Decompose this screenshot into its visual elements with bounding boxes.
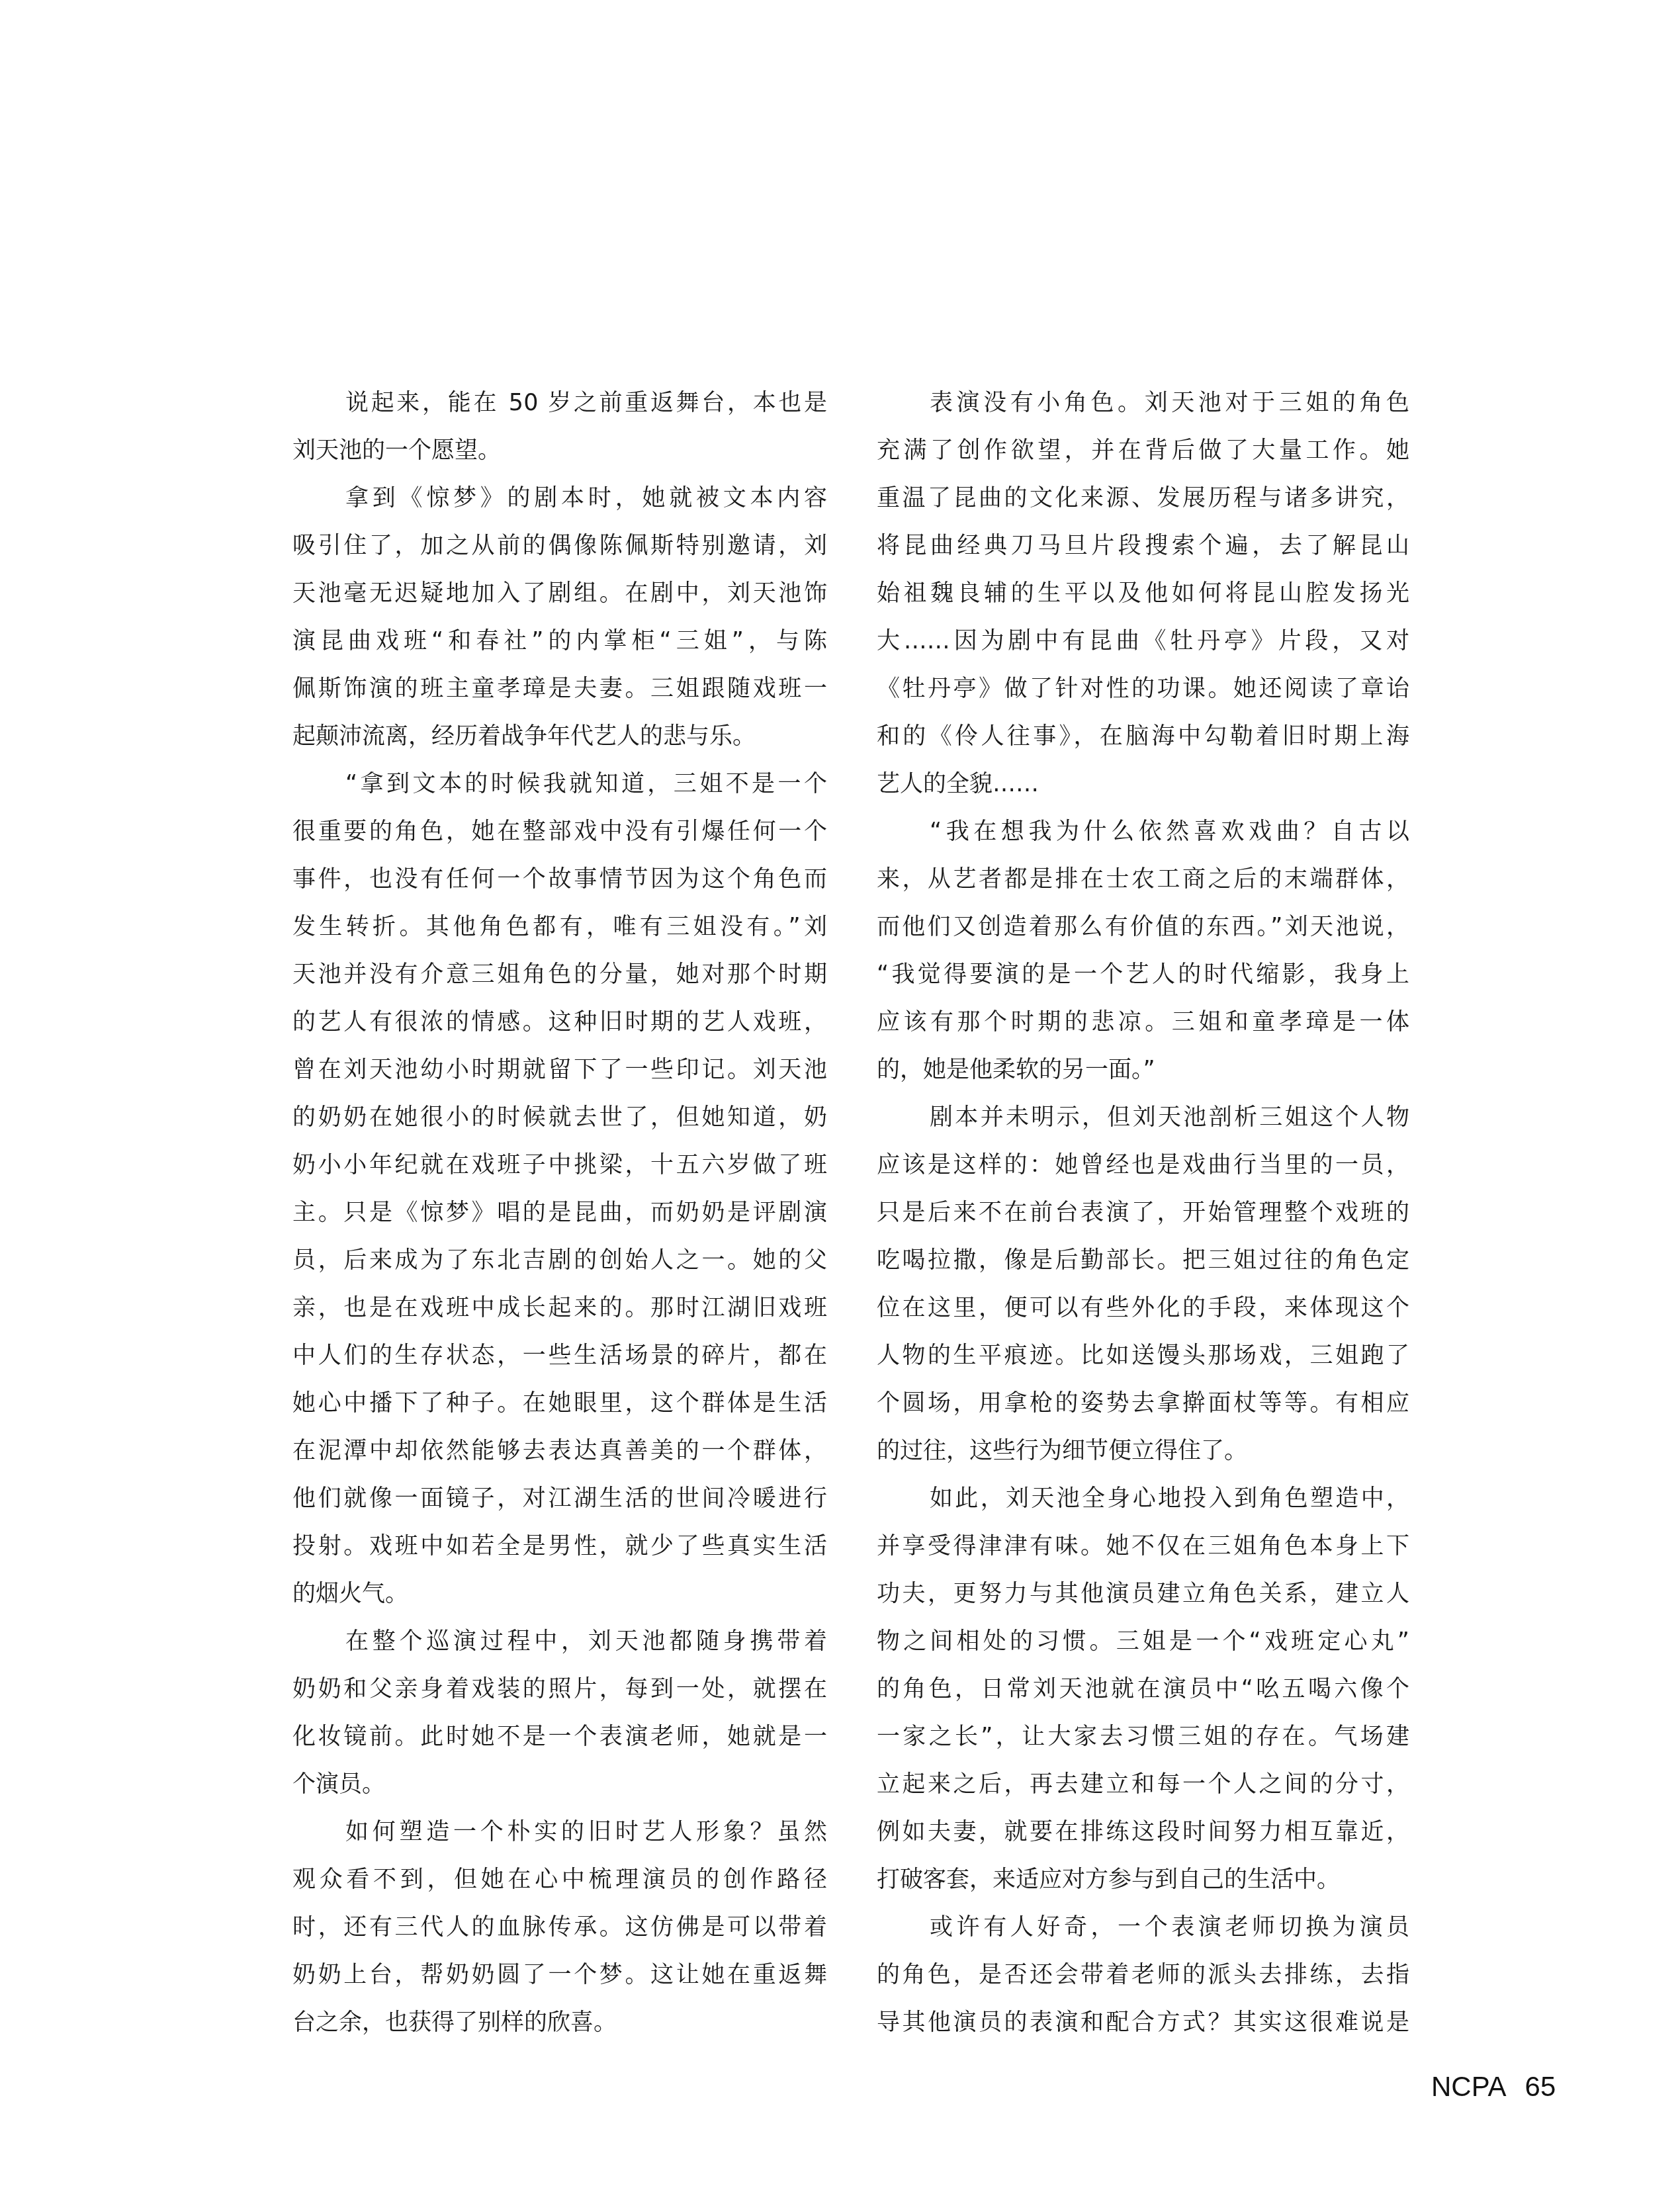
paragraph: “我在想我为什么依然喜欢戏曲？自古以 来，从艺者都是排在士农工商之后的末端群体，… <box>877 808 1409 1094</box>
text-line: 刘天池的一个愿望。 <box>292 427 827 474</box>
paragraph: 拿到《惊梦》的剧本时，她就被文本内容 吸引住了，加之从前的偶像陈佩斯特别邀请，刘… <box>292 474 827 760</box>
page-folio: NCPA 65 <box>1431 2073 1556 2101</box>
right-column: 表演没有小角色。刘天池对于三姐的角色 充满了创作欲望，并在背后做了大量工作。她 … <box>877 379 1409 2046</box>
text-line: 说起来，能在 50 岁之前重返舞台，本也是 <box>292 379 827 427</box>
text-line: 一家之长”，让大家去习惯三姐的存在。气场建 <box>877 1713 1409 1761</box>
text-line: 剧本并未明示，但刘天池剖析三姐这个人物 <box>877 1094 1409 1141</box>
text-line: 人物的生平痕迹。比如送馒头那场戏，三姐跑了 <box>877 1332 1409 1379</box>
text-line: 时，还有三代人的血脉传承。这仿佛是可以带着 <box>292 1904 827 1951</box>
text-line: 很重要的角色，她在整部戏中没有引爆任何一个 <box>292 808 827 855</box>
text-line: 他们就像一面镜子，对江湖生活的世间冷暖进行 <box>292 1475 827 1522</box>
text-line: 员，后来成为了东北吉剧的创始人之一。她的父 <box>292 1237 827 1284</box>
text-line: 的过往，这些行为细节便立得住了。 <box>877 1427 1409 1475</box>
text-line: “我觉得要演的是一个艺人的时代缩影，我身上 <box>877 951 1409 998</box>
text-line: 个演员。 <box>292 1761 827 1808</box>
text-line: 观众看不到，但她在心中梳理演员的创作路径 <box>292 1856 827 1904</box>
paragraph: 剧本并未明示，但刘天池剖析三姐这个人物 应该是这样的：她曾经也是戏曲行当里的一员… <box>877 1094 1409 1475</box>
text-line: 大……因为剧中有昆曲《牡丹亭》片段，又对 <box>877 617 1409 665</box>
text-line: 应该是这样的：她曾经也是戏曲行当里的一员， <box>877 1141 1409 1189</box>
text-line: 发生转折。其他角色都有，唯有三姐没有。”刘 <box>292 903 827 951</box>
text-line: 吃喝拉撒，像是后勤部长。把三姐过往的角色定 <box>877 1237 1409 1284</box>
text-line: 和的《伶人往事》，在脑海中勾勒着旧时期上海 <box>877 713 1409 760</box>
text-line: 奶奶上台，帮奶奶圆了一个梦。这让她在重返舞 <box>292 1951 827 1999</box>
text-line: 奶奶和父亲身着戏装的照片，每到一处，就摆在 <box>292 1665 827 1713</box>
text-line: “我在想我为什么依然喜欢戏曲？自古以 <box>877 808 1409 855</box>
paragraph: 如此，刘天池全身心地投入到角色塑造中， 并享受得津津有味。她不仅在三姐角色本身上… <box>877 1475 1409 1904</box>
text-line: 演昆曲戏班“和春社”的内掌柜“三姐”，与陈 <box>292 617 827 665</box>
text-line: 艺人的全貌…… <box>877 760 1409 808</box>
text-line: 的角色，日常刘天池就在演员中“吆五喝六像个 <box>877 1665 1409 1713</box>
text-line: 奶小小年纪就在戏班子中挑梁，十五六岁做了班 <box>292 1141 827 1189</box>
text-line: 而他们又创造着那么有价值的东西。”刘天池说， <box>877 903 1409 951</box>
text-line: 的烟火气。 <box>292 1570 827 1618</box>
paragraph: 说起来，能在 50 岁之前重返舞台，本也是 刘天池的一个愿望。 <box>292 379 827 474</box>
text-line: 功夫，更努力与其他演员建立角色关系，建立人 <box>877 1570 1409 1618</box>
text-line: “拿到文本的时候我就知道，三姐不是一个 <box>292 760 827 808</box>
paragraph: “拿到文本的时候我就知道，三姐不是一个 很重要的角色，她在整部戏中没有引爆任何一… <box>292 760 827 1618</box>
text-line: 重温了昆曲的文化来源、发展历程与诸多讲究， <box>877 474 1409 522</box>
text-line: 应该有那个时期的悲凉。三姐和童孝璋是一体 <box>877 998 1409 1046</box>
text-line: 主。只是《惊梦》唱的是昆曲，而奶奶是评剧演 <box>292 1189 827 1237</box>
page-number: 65 <box>1525 2073 1556 2101</box>
text-line: 或许有人好奇，一个表演老师切换为演员 <box>877 1904 1409 1951</box>
text-line: 将昆曲经典刀马旦片段搜索个遍，去了解昆山 <box>877 522 1409 570</box>
text-line: 曾在刘天池幼小时期就留下了一些印记。刘天池 <box>292 1046 827 1094</box>
text-line: 如何塑造一个朴实的旧时艺人形象？虽然 <box>292 1808 827 1856</box>
paragraph: 在整个巡演过程中，刘天池都随身携带着 奶奶和父亲身着戏装的照片，每到一处，就摆在… <box>292 1618 827 1808</box>
text-line: 只是后来不在前台表演了，开始管理整个戏班的 <box>877 1189 1409 1237</box>
text-line: 如此，刘天池全身心地投入到角色塑造中， <box>877 1475 1409 1522</box>
paragraph: 表演没有小角色。刘天池对于三姐的角色 充满了创作欲望，并在背后做了大量工作。她 … <box>877 379 1409 808</box>
text-line: 位在这里，便可以有些外化的手段，来体现这个 <box>877 1284 1409 1332</box>
text-line: 拿到《惊梦》的剧本时，她就被文本内容 <box>292 474 827 522</box>
text-line: 《牡丹亭》做了针对性的功课。她还阅读了章诒 <box>877 665 1409 713</box>
text-line: 立起来之后，再去建立和每一个人之间的分寸， <box>877 1761 1409 1808</box>
text-line: 投射。戏班中如若全是男性，就少了些真实生活 <box>292 1522 827 1570</box>
text-line: 化妆镜前。此时她不是一个表演老师，她就是一 <box>292 1713 827 1761</box>
text-line: 表演没有小角色。刘天池对于三姐的角色 <box>877 379 1409 427</box>
text-line: 天池并没有介意三姐角色的分量，她对那个时期 <box>292 951 827 998</box>
text-line: 打破客套，来适应对方参与到自己的生活中。 <box>877 1856 1409 1904</box>
text-line: 她心中播下了种子。在她眼里，这个群体是生活 <box>292 1379 827 1427</box>
paragraph: 如何塑造一个朴实的旧时艺人形象？虽然 观众看不到，但她在心中梳理演员的创作路径 … <box>292 1808 827 2046</box>
text-line: 例如夫妻，就要在排练这段时间努力相互靠近， <box>877 1808 1409 1856</box>
text-line: 的奶奶在她很小的时候就去世了，但她知道，奶 <box>292 1094 827 1141</box>
text-line: 个圆场，用拿枪的姿势去拿擀面杖等等。有相应 <box>877 1379 1409 1427</box>
text-line: 导其他演员的表演和配合方式？其实这很难说是 <box>877 1999 1409 2046</box>
text-line: 事件，也没有任何一个故事情节因为这个角色而 <box>292 855 827 903</box>
text-line: 亲，也是在戏班中成长起来的。那时江湖旧戏班 <box>292 1284 827 1332</box>
text-line: 台之余，也获得了别样的欣喜。 <box>292 1999 827 2046</box>
text-line: 吸引住了，加之从前的偶像陈佩斯特别邀请，刘 <box>292 522 827 570</box>
text-line: 充满了创作欲望，并在背后做了大量工作。她 <box>877 427 1409 474</box>
paragraph: 或许有人好奇，一个表演老师切换为演员 的角色，是否还会带着老师的派头去排练，去指… <box>877 1904 1409 2046</box>
text-line: 物之间相处的习惯。三姐是一个“戏班定心丸” <box>877 1618 1409 1665</box>
text-line: 的艺人有很浓的情感。这种旧时期的艺人戏班， <box>292 998 827 1046</box>
publication-name: NCPA <box>1431 2073 1507 2101</box>
text-line: 在整个巡演过程中，刘天池都随身携带着 <box>292 1618 827 1665</box>
text-line: 的，她是他柔软的另一面。” <box>877 1046 1409 1094</box>
text-line: 始祖魏良辅的生平以及他如何将昆山腔发扬光 <box>877 570 1409 617</box>
left-column: 说起来，能在 50 岁之前重返舞台，本也是 刘天池的一个愿望。 拿到《惊梦》的剧… <box>292 379 827 2046</box>
text-line: 中人们的生存状态，一些生活场景的碎片，都在 <box>292 1332 827 1379</box>
text-line: 的角色，是否还会带着老师的派头去排练，去指 <box>877 1951 1409 1999</box>
text-line: 天池毫无迟疑地加入了剧组。在剧中，刘天池饰 <box>292 570 827 617</box>
text-line: 起颠沛流离，经历着战争年代艺人的悲与乐。 <box>292 713 827 760</box>
text-line: 并享受得津津有味。她不仅在三姐角色本身上下 <box>877 1522 1409 1570</box>
text-line: 佩斯饰演的班主童孝璋是夫妻。三姐跟随戏班一 <box>292 665 827 713</box>
text-line: 来，从艺者都是排在士农工商之后的末端群体， <box>877 855 1409 903</box>
text-line: 在泥潭中却依然能够去表达真善美的一个群体， <box>292 1427 827 1475</box>
